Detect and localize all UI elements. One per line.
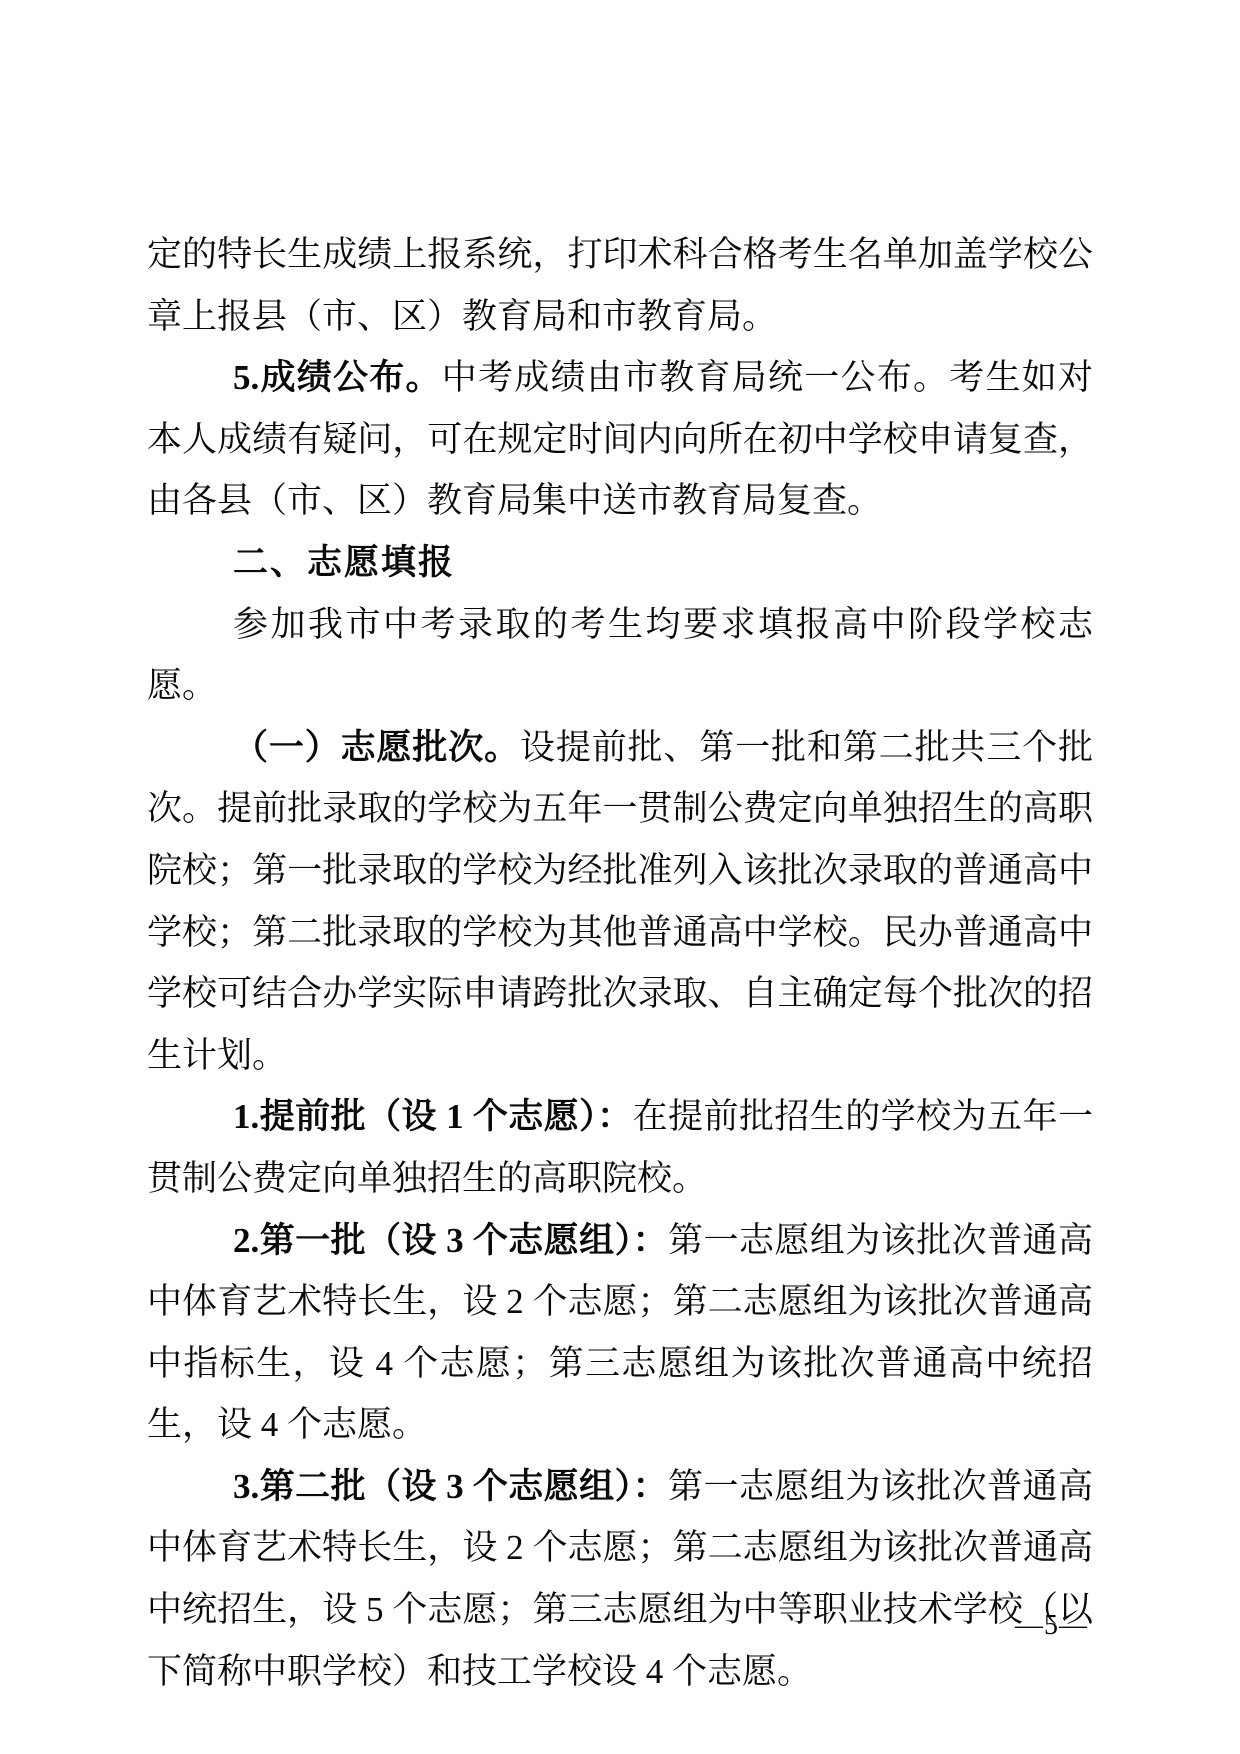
paragraph-intro-text: 参加我市中考录取的考生均要求填报高中阶段学校志愿。 <box>147 605 1093 706</box>
paragraph-second-batch: 3.第二批（设 3 个志愿组）：第一志愿组为该批次普通高中体育艺术特长生，设 2… <box>147 1456 1093 1702</box>
paragraph-volunteer-batches: （一）志愿批次。设提前批、第一批和第二批共三个批次。提前批录取的学校为五年一贯制… <box>147 717 1093 1087</box>
paragraph-batches-text: 设提前批、第一批和第二批共三个批次。提前批录取的学校为五年一贯制公费定向单独招生… <box>147 728 1093 1075</box>
page-number: —5— <box>1015 1608 1088 1644</box>
paragraph-score-lead: 5.成绩公布。 <box>233 358 442 397</box>
paragraph-second-batch-lead: 3.第二批（设 3 个志愿组）： <box>233 1467 668 1506</box>
paragraph-batches-lead: （一）志愿批次。 <box>233 728 520 767</box>
paragraph-advance-batch: 1.提前批（设 1 个志愿）：在提前批招生的学校为五年一贯制公费定向单独招生的高… <box>147 1086 1093 1209</box>
paragraph-score-publication: 5.成绩公布。中考成绩由市教育局统一公布。考生如对本人成绩有疑问，可在规定时间内… <box>147 347 1093 532</box>
paragraph-continuation: 定的特长生成绩上报系统，打印术科合格考生名单加盖学校公章上报县（市、区）教育局和… <box>147 224 1093 347</box>
document-page: 定的特长生成绩上报系统，打印术科合格考生名单加盖学校公章上报县（市、区）教育局和… <box>0 0 1240 1754</box>
paragraph-continuation-text: 定的特长生成绩上报系统，打印术科合格考生名单加盖学校公章上报县（市、区）教育局和… <box>147 235 1093 336</box>
paragraph-advance-batch-lead: 1.提前批（设 1 个志愿）： <box>233 1097 633 1136</box>
document-body: 定的特长生成绩上报系统，打印术科合格考生名单加盖学校公章上报县（市、区）教育局和… <box>147 224 1093 1702</box>
paragraph-first-batch: 2.第一批（设 3 个志愿组）：第一志愿组为该批次普通高中体育艺术特长生，设 2… <box>147 1210 1093 1456</box>
paragraph-intro: 参加我市中考录取的考生均要求填报高中阶段学校志愿。 <box>147 594 1093 717</box>
section-heading-volunteer-filling: 二、志愿填报 <box>147 532 1093 594</box>
paragraph-first-batch-lead: 2.第一批（设 3 个志愿组）： <box>233 1221 668 1260</box>
